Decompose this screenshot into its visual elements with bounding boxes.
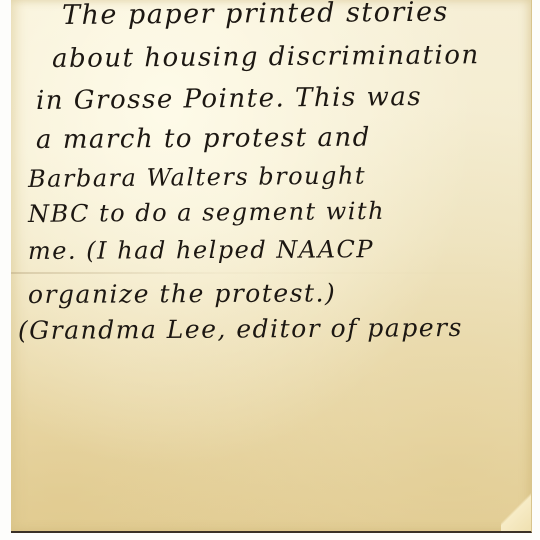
note-line-7: me. (I had helped NAACP: [28, 235, 374, 265]
note-line-5: Barbara Walters brought: [28, 161, 366, 193]
note-line-6: NBC to do a segment with: [28, 197, 385, 228]
note-line-3: in Grosse Pointe. This was: [36, 82, 422, 116]
note-line-4: a march to protest and: [36, 123, 371, 155]
note-line-9-signature: (Grandma Lee, editor of papers: [18, 313, 463, 345]
note-line-2: about housing discrimination: [52, 40, 480, 74]
scanned-document: The paper printed stories about housing …: [0, 0, 540, 540]
note-line-8: organize the protest.): [28, 278, 336, 309]
note-line-1: The paper printed stories: [62, 0, 449, 31]
handwritten-note: The paper printed stories about housing …: [0, 0, 540, 540]
